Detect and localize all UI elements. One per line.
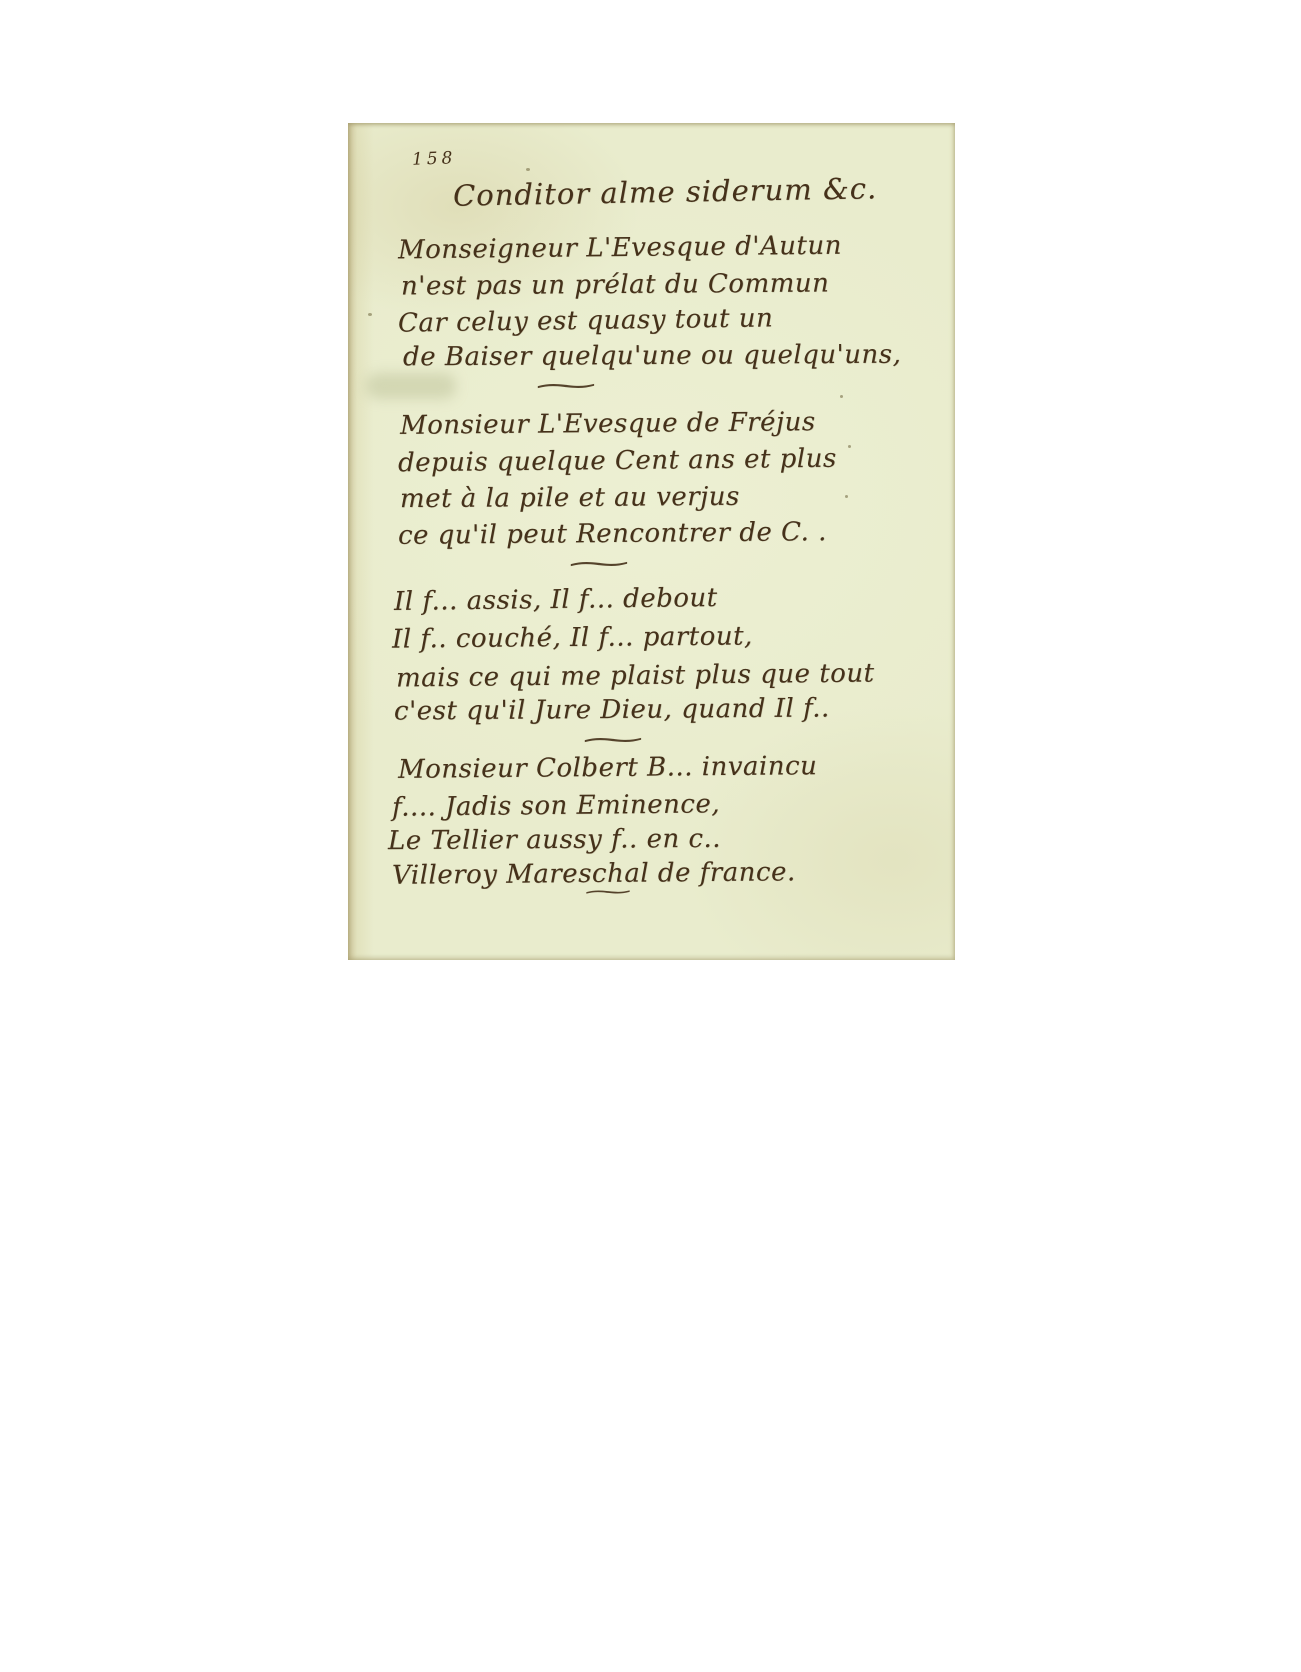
- stanza-divider-flourish: ⁓: [582, 725, 644, 755]
- stanza-divider-flourish: ⁓: [568, 549, 630, 579]
- heading-line: Conditor alme siderum &c.: [453, 171, 878, 212]
- manuscript-line: Monseigneur L'Evesque d'Autun: [398, 231, 842, 266]
- ink-speck: [526, 168, 530, 171]
- ink-speck: [845, 495, 848, 498]
- manuscript-line: de Baiser quelqu'une ou quelqu'uns,: [403, 340, 901, 373]
- ink-showthrough-blot: [366, 373, 456, 399]
- ink-speck: [848, 445, 851, 448]
- manuscript-line: mais ce qui me plaist plus que tout: [396, 658, 875, 693]
- manuscript-line: Il f.. couché, Il f... partout,: [392, 621, 753, 654]
- manuscript-line: c'est qu'il Jure Dieu, quand Il f..: [394, 693, 830, 726]
- ink-speck: [368, 313, 372, 316]
- manuscript-line: f.... Jadis son Eminence,: [392, 789, 720, 822]
- manuscript-line: n'est pas un prélat du Commun: [401, 269, 830, 302]
- underline-flourish: ⁓: [584, 879, 632, 903]
- manuscript-line: met à la pile et au verjus: [400, 482, 740, 514]
- manuscript-line: Monsieur Colbert B... invaincu: [398, 751, 818, 785]
- stanza-divider-flourish: ⁓: [535, 371, 597, 401]
- manuscript-line: Monsieur L'Evesque de Fréjus: [400, 407, 816, 441]
- ink-speck: [840, 395, 843, 398]
- manuscript-page: 158 Conditor alme siderum &c. Monseigneu…: [348, 123, 955, 960]
- scanned-document: 158 Conditor alme siderum &c. Monseigneu…: [0, 0, 1301, 1672]
- manuscript-line: Car celuy est quasy tout un: [398, 303, 774, 338]
- manuscript-line: Le Tellier aussy f.. en c..: [388, 824, 721, 856]
- manuscript-line: Il f... assis, Il f... debout: [394, 583, 718, 617]
- folio-number: 158: [412, 148, 457, 170]
- manuscript-line: ce qu'il peut Rencontrer de C. .: [398, 517, 827, 551]
- manuscript-line: depuis quelque Cent ans et plus: [398, 444, 837, 479]
